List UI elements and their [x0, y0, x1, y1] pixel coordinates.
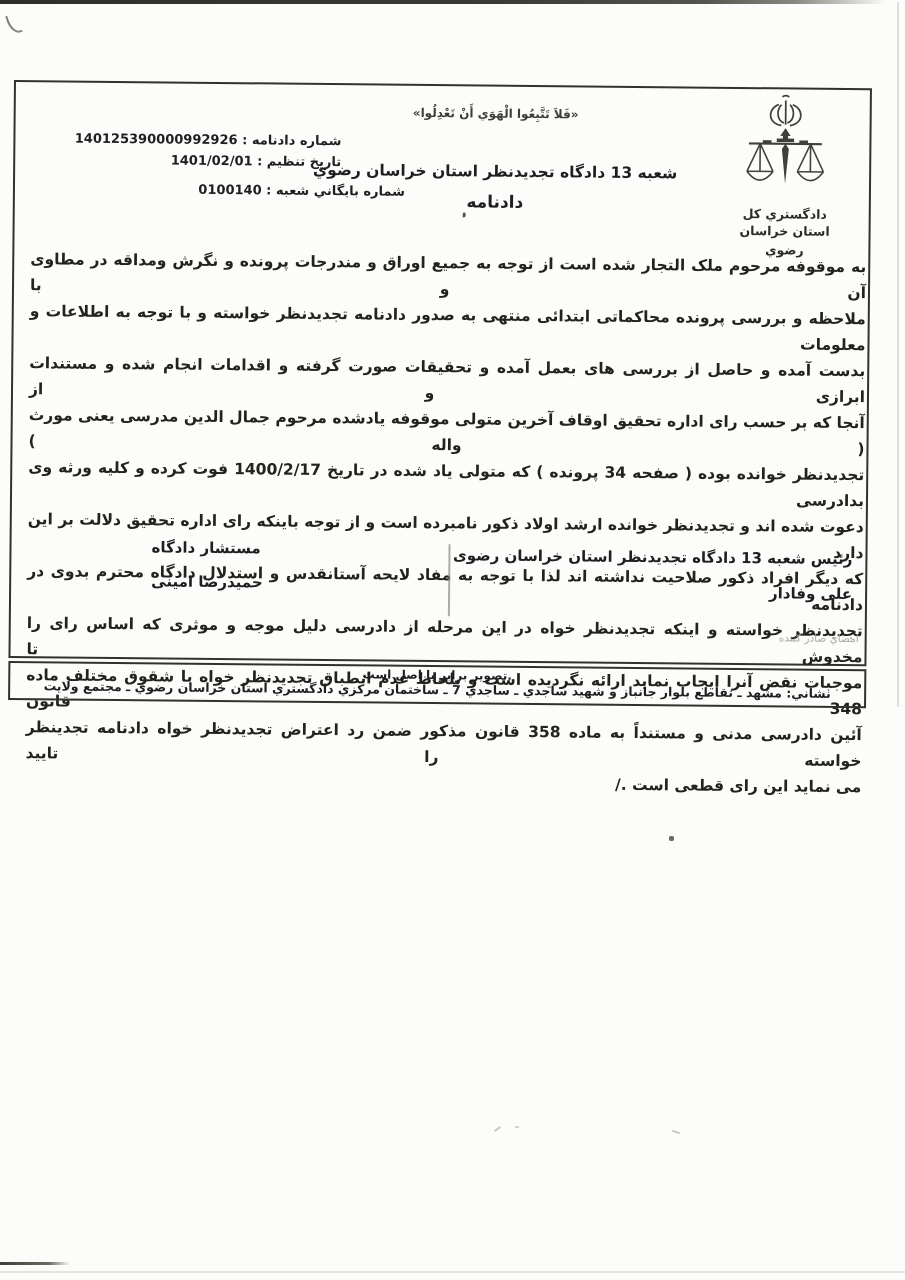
field-issue-date: تاريخ تنظيم : 1401/02/01	[74, 150, 341, 174]
body-line: آنجا که بر حسب رای اداره تحقیق اوقاف آخر…	[28, 402, 864, 462]
counselor-name: حمیدرضا امینی	[151, 572, 397, 592]
quranic-verse: «فَلاَ تَتَّبِعُوا الْهَوَي أَنْ تَعْدِل…	[316, 105, 676, 122]
scan-speck	[515, 1126, 519, 1128]
scan-speck	[494, 1126, 501, 1132]
scan-bottom-left-line	[0, 1262, 70, 1265]
document-scan: دادگستري كل استان خراسان رضوي «فَلاَ تَت…	[0, 0, 905, 739]
field-label: شماره بايگاني شعبه :	[266, 183, 405, 199]
scan-bottom-edge	[0, 1271, 905, 1273]
field-value: 140125390000992926	[75, 132, 238, 149]
field-value: 1401/02/01	[171, 154, 253, 170]
field-label: شماره دادنامه :	[242, 133, 341, 149]
body-line: تجدیدنظر خوانده بوده ( صفحه 34 پرونده ) …	[28, 454, 864, 514]
ink-dot-artifact	[463, 212, 466, 217]
scales-of-justice-icon	[741, 93, 830, 200]
signature-counselor: مستشار دادگاه حمیدرضا امینی	[151, 538, 397, 592]
body-line: بدست آمده و حاصل از بررسی های بعمل آمده …	[29, 350, 865, 410]
judgment-body: به موقوفه مرحوم ملک التجار شده است از تو…	[25, 246, 866, 800]
field-label: تاريخ تنظيم :	[257, 154, 341, 170]
judgment-frame: دادگستري كل استان خراسان رضوي «فَلاَ تَت…	[8, 80, 872, 666]
body-line: ملاحظه و بررسی پرونده محاکماتی ابتدائی م…	[29, 298, 865, 358]
president-name: علی وفادار	[452, 581, 852, 603]
scan-speck	[672, 1130, 680, 1135]
footer-frame: تصوير برابر با اصل است. نشاني: مشهد ـ تق…	[8, 661, 866, 708]
field-judgment-number: شماره دادنامه : 140125390000992926	[75, 129, 342, 153]
field-archive-number: شماره بايگاني شعبه : 0100140	[198, 183, 405, 200]
field-value: 0100140	[198, 183, 261, 199]
header-fields: شماره دادنامه : 140125390000992926 تاريخ…	[74, 129, 341, 174]
president-title: رئیس شعبه 13 دادگاه تجدیدنظر استان خراسا…	[452, 546, 852, 568]
scan-speck	[669, 836, 674, 841]
signature-president: رئیس شعبه 13 دادگاه تجدیدنظر استان خراسا…	[452, 546, 852, 603]
counselor-title: مستشار دادگاه	[151, 538, 397, 558]
body-line: آئین دادرسی مدنی و مستنداً به ماده 358 ق…	[25, 714, 861, 774]
issuer-signature-note: امضاي صادر كننده	[699, 632, 859, 646]
body-line: به موقوفه مرحوم ملک التجار شده است از تو…	[30, 246, 866, 306]
